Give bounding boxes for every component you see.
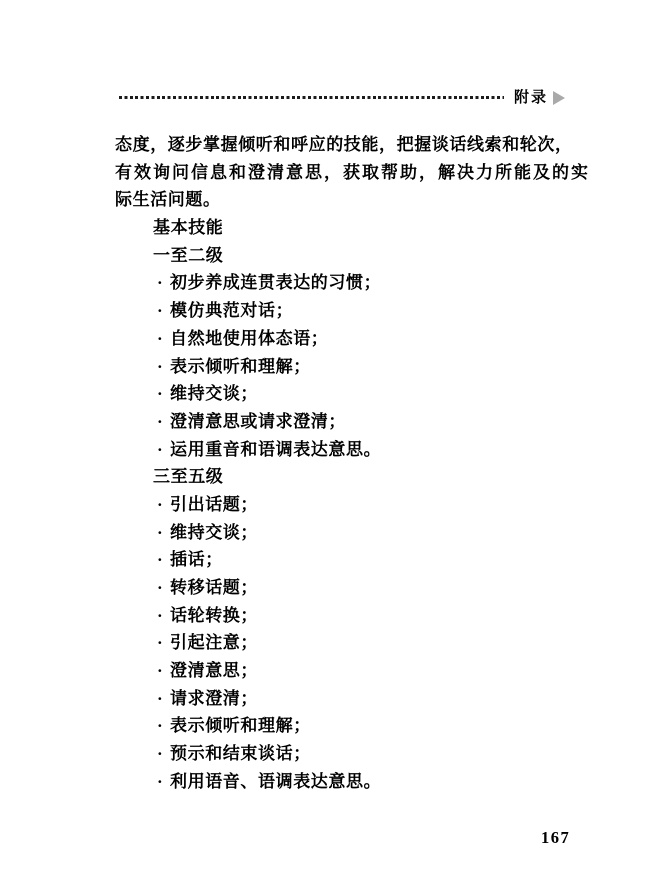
list-item-text: 表示倾听和理解；	[170, 357, 311, 376]
bullet-icon: ·	[157, 325, 170, 353]
list-item-text: 自然地使用体态语；	[170, 329, 328, 348]
bullet-icon: ·	[157, 685, 170, 713]
bullet-icon: ·	[157, 657, 170, 685]
list-item: ·利用语音、语调表达意思。	[115, 768, 563, 796]
list-item-text: 转移话题；	[170, 578, 258, 597]
list-item: ·澄清意思或请求澄清；	[115, 408, 563, 436]
section-heading-basic-skills: 基本技能	[115, 214, 563, 242]
bullet-icon: ·	[157, 491, 170, 519]
list-item: ·引起注意；	[115, 629, 563, 657]
list-item-text: 模仿典范对话；	[170, 301, 293, 320]
bullet-icon: ·	[157, 546, 170, 574]
book-page: 附录 态度，逐步掌握倾听和呼应的技能，把握谈话线索和轮次， 有效询问信息和澄清意…	[0, 0, 668, 891]
list-item-text: 利用语音、语调表达意思。	[170, 772, 381, 791]
paragraph-line: 态度，逐步掌握倾听和呼应的技能，把握谈话线索和轮次，	[115, 131, 563, 159]
list-item-text: 引出话题；	[170, 495, 258, 514]
bullet-icon: ·	[157, 353, 170, 381]
list-item: ·运用重音和语调表达意思。	[115, 436, 563, 464]
list-item: ·维持交谈；	[115, 380, 563, 408]
list-item-text: 预示和结束谈话；	[170, 744, 311, 763]
list-item: ·模仿典范对话；	[115, 297, 563, 325]
bullet-icon: ·	[157, 768, 170, 796]
list-item-text: 表示倾听和理解；	[170, 716, 311, 735]
running-header: 附录	[119, 89, 565, 106]
list-item: ·话轮转换；	[115, 602, 563, 630]
bullet-icon: ·	[157, 712, 170, 740]
list-item: ·请求澄清；	[115, 685, 563, 713]
header-label-appendix: 附录	[514, 89, 548, 106]
bullet-icon: ·	[157, 629, 170, 657]
bullet-icon: ·	[157, 269, 170, 297]
paragraph-line: 有效询问信息和澄清意思，获取帮助，解决力所能及的实	[115, 159, 563, 187]
bullet-icon: ·	[157, 519, 170, 547]
bullet-icon: ·	[157, 436, 170, 464]
paragraph-line: 际生活问题。	[115, 186, 563, 214]
list-item: ·自然地使用体态语；	[115, 325, 563, 353]
list-item: ·插话；	[115, 546, 563, 574]
bullet-icon: ·	[157, 297, 170, 325]
list-item: ·表示倾听和理解；	[115, 712, 563, 740]
header-dotted-rule	[119, 96, 504, 99]
list-item: ·转移话题；	[115, 574, 563, 602]
list-item: ·初步养成连贯表达的习惯；	[115, 269, 563, 297]
list-item: ·引出话题；	[115, 491, 563, 519]
list-item-text: 维持交谈；	[170, 384, 258, 403]
list-item-text: 插话；	[170, 550, 223, 569]
list-item-text: 维持交谈；	[170, 523, 258, 542]
list-item-text: 澄清意思或请求澄清；	[170, 412, 346, 431]
bullet-icon: ·	[157, 740, 170, 768]
list-item: ·澄清意思；	[115, 657, 563, 685]
list-item-text: 澄清意思；	[170, 661, 258, 680]
list-item-text: 运用重音和语调表达意思。	[170, 440, 381, 459]
bullet-icon: ·	[157, 602, 170, 630]
bullet-icon: ·	[157, 574, 170, 602]
list-item-text: 引起注意；	[170, 633, 258, 652]
bullet-icon: ·	[157, 408, 170, 436]
list-item-text: 话轮转换；	[170, 606, 258, 625]
list-item-text: 请求澄清；	[170, 689, 258, 708]
list-item-text: 初步养成连贯表达的习惯；	[170, 273, 381, 292]
page-number: 167	[541, 828, 570, 848]
level-heading-3-5: 三至五级	[115, 463, 563, 491]
arrow-right-icon	[553, 91, 565, 105]
bullet-icon: ·	[157, 380, 170, 408]
list-item: ·维持交谈；	[115, 519, 563, 547]
list-item: ·表示倾听和理解；	[115, 353, 563, 381]
level-heading-1-2: 一至二级	[115, 242, 563, 270]
list-item: ·预示和结束谈话；	[115, 740, 563, 768]
body-text-block: 态度，逐步掌握倾听和呼应的技能，把握谈话线索和轮次， 有效询问信息和澄清意思，获…	[115, 131, 563, 796]
